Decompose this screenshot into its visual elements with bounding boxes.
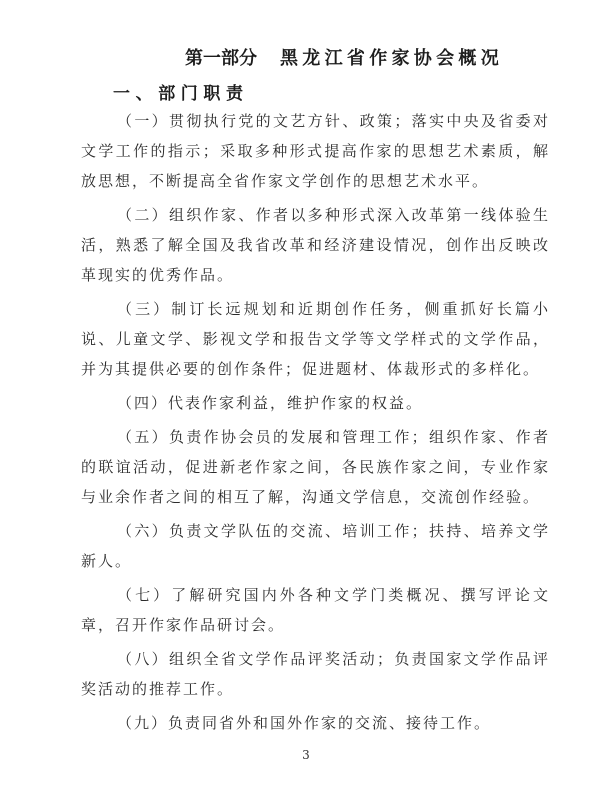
duty-paragraph-5: （五）负责作协会员的发展和管理工作；组织作家、作者的联谊活动，促进新老作家之间，… (81, 422, 550, 512)
document-body: （一）贯彻执行党的文艺方针、政策；落实中央及省委对文学工作的指示；采取多种形式提… (81, 106, 550, 742)
title-name-label: 黑龙江省作家协会概况 (280, 48, 503, 70)
duty-paragraph-8: （八）组织全省文学作品评奖活动；负责国家文学作品评奖活动的推荐工作。 (81, 644, 550, 704)
page-number: 3 (0, 747, 612, 763)
title-part-label: 第一部分 (185, 48, 257, 70)
duty-paragraph-3: （三）制订长远规划和近期创作任务，侧重抓好长篇小说、儿童文学、影视文学和报告文学… (81, 294, 550, 384)
document-page: 第一部分 黑龙江省作家协会概况 一、部门职责 （一）贯彻执行党的文艺方针、政策；… (0, 0, 612, 792)
duty-paragraph-4: （四）代表作家利益，维护作家的权益。 (81, 388, 550, 418)
duty-paragraph-1: （一）贯彻执行党的文艺方针、政策；落实中央及省委对文学工作的指示；采取多种形式提… (81, 106, 550, 196)
duty-paragraph-9: （九）负责同省外和国外作家的交流、接待工作。 (81, 708, 550, 738)
section-heading: 一、部门职责 (81, 83, 249, 105)
duty-paragraph-7: （七）了解研究国内外各种文学门类概况、撰写评论文章，召开作家作品研讨会。 (81, 580, 550, 640)
duty-paragraph-2: （二）组织作家、作者以多种形式深入改革第一线体验生活，熟悉了解全国及我省改革和经… (81, 200, 550, 290)
duty-paragraph-6: （六）负责文学队伍的交流、培训工作；扶持、培养文学新人。 (81, 516, 550, 576)
document-title: 第一部分 黑龙江省作家协会概况 (185, 48, 503, 70)
